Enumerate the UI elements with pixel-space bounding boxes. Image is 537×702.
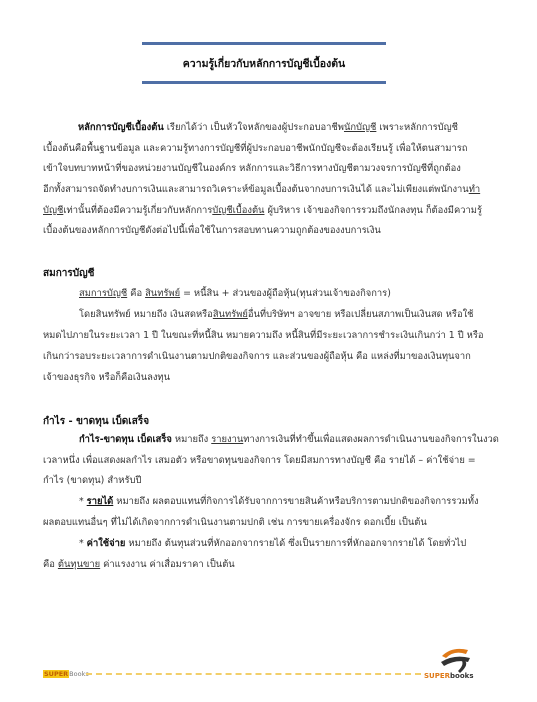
underlined-text: ต้นทุนขาย: [58, 559, 100, 570]
logo-super-text: SUPER: [424, 672, 450, 680]
bold-term: กำไร-ขาดทุน เบ็ดเสร็จ: [79, 434, 172, 445]
intro-lead-bold: หลักการบัญชีเบื้องต้น: [78, 122, 164, 133]
profit-line-3: กำไร (ขาดทุน) สำหรับปี: [43, 475, 141, 487]
intro-line-5: บัญชีเท่านั้นที่ต้องมีความรู้เกี่ยวกับหล…: [43, 205, 482, 217]
equation-para-line-1: โดยสินทรัพย์ หมายถึง เงินสดหรือสินทรัพย์…: [79, 309, 474, 321]
text: = หนี้สิน + ส่วนของผู้ถือหุ้น(ทุนส่วนเจ้…: [180, 288, 391, 299]
underlined-text: สินทรัพย์: [145, 288, 180, 299]
footer-dashed-divider: [86, 673, 421, 675]
text: ค่าแรงงาน ค่าเสื่อมราคา เป็นต้น: [100, 559, 235, 570]
underlined-text: บัญชีเบื้องต้น: [212, 205, 264, 216]
text: เท่านั้นที่ต้องมีความรู้เกี่ยวกับหลักการ: [63, 205, 212, 216]
intro-line-3: เข้าใจบทบาทหน้าที่ของหน่วยงานบัญชีในองค์…: [43, 163, 461, 175]
underlined-text: สินทรัพย์: [213, 309, 248, 320]
link-accountant: นักบัญชี: [344, 122, 376, 133]
equation-para-line-4: เจ้าของธุรกิจ หรือก็คือเงินลงทุน: [43, 372, 170, 384]
superbooks-swoosh-icon: [436, 646, 476, 674]
underlined-text: รายงาน: [211, 434, 243, 445]
text: เพราะหลักการบัญชี: [376, 122, 458, 133]
section-heading-profit: กำไร - ขาดทุน เบ็ดเสร็จ: [43, 414, 149, 429]
text: ผู้บริหาร เจ้าของกิจการรวมถึงนักลงทุน ก็…: [264, 205, 482, 216]
text: หมายถึง ผลตอบแทนที่กิจการได้รับจากการขาย…: [113, 496, 478, 507]
text: อีกทั้งสามารถจัดทำงบการเงินและสามารถวิเค…: [43, 184, 469, 195]
title-bar-top: [142, 42, 386, 45]
expense-line-1: * ค่าใช้จ่าย หมายถึง ต้นทุนส่วนที่หักออก…: [79, 538, 466, 550]
underlined-text: บัญชี: [43, 205, 63, 216]
intro-line-4: อีกทั้งสามารถจัดทำงบการเงินและสามารถวิเค…: [43, 184, 480, 196]
profit-line-2: เวลาหนึ่ง เพื่อแสดงผลกำไร เสมอตัว หรือขา…: [43, 455, 476, 467]
intro-line-6: เบื้องต้นของหลักการบัญชีดังต่อไปนี้เพื่อ…: [43, 225, 381, 237]
intro-line-2: เบื้องต้นคือพื้นฐานข้อมูล และความรู้ทางก…: [43, 143, 467, 155]
text: คือ: [43, 559, 58, 570]
document-page: ความรู้เกี่ยวกับหลักการบัญชีเบื้องต้น หล…: [0, 0, 537, 702]
section-heading-equation: สมการบัญชี: [43, 266, 94, 281]
revenue-line-2: ผลตอบแทนอื่นๆ ที่ไม่ได้เกิดจากการดำเนินง…: [43, 517, 427, 529]
profit-line-1: กำไร-ขาดทุน เบ็ดเสร็จ หมายถึง รายงานทางก…: [79, 434, 499, 446]
equation-para-line-3: เกินกว่ารอบระยะเวลาการดำเนินงานตามปกติขอ…: [43, 351, 471, 363]
title-bar-bottom: [142, 81, 386, 84]
text: ทางการเงินที่ทำขึ้นเพื่อแสดงผลการดำเนินง…: [243, 434, 499, 445]
underlined-text: สมการบัญชี: [79, 288, 127, 299]
bold-term: รายได้: [87, 496, 114, 507]
footer-logo-right: SUPERbooks: [420, 646, 490, 686]
text: คือ: [127, 288, 145, 299]
bullet-star: *: [79, 496, 87, 507]
expense-line-2: คือ ต้นทุนขาย ค่าแรงงาน ค่าเสื่อมราคา เป…: [43, 559, 235, 571]
logo-books-text: books: [450, 672, 473, 680]
equation-para-line-2: หมดไปภายในระยะเวลา 1 ปี ในขณะที่หนี้สิน …: [43, 330, 484, 342]
text: โดยสินทรัพย์ หมายถึง เงินสดหรือ: [79, 309, 213, 320]
text: หมายถึง ต้นทุนส่วนที่หักออกจากรายได้ ซึ่…: [125, 538, 466, 549]
title-box: ความรู้เกี่ยวกับหลักการบัญชีเบื้องต้น: [142, 42, 386, 84]
page-title: ความรู้เกี่ยวกับหลักการบัญชีเบื้องต้น: [142, 55, 386, 72]
underlined-text: ทำ: [469, 184, 480, 195]
revenue-line-1: * รายได้ หมายถึง ผลตอบแทนที่กิจการได้รับ…: [79, 496, 479, 508]
bold-term: ค่าใช้จ่าย: [87, 538, 126, 549]
footer-logo-left: SUPERBooks: [43, 670, 89, 678]
equation-line: สมการบัญชี คือ สินทรัพย์ = หนี้สิน + ส่ว…: [79, 288, 391, 300]
text: อื่นที่บริษัทฯ อาจขาย หรือเปลี่ยนสภาพเป็…: [248, 309, 474, 320]
intro-line-1: หลักการบัญชีเบื้องต้น เรียกได้ว่า เป็นหั…: [78, 122, 458, 134]
text: เรียกได้ว่า เป็นหัวใจหลักของผู้ประกอบอาช…: [164, 122, 344, 133]
bullet-star: *: [79, 538, 87, 549]
brand-text: SUPERbooks: [424, 672, 473, 680]
text: หมายถึง: [172, 434, 211, 445]
logo-super-text: SUPER: [43, 670, 69, 678]
